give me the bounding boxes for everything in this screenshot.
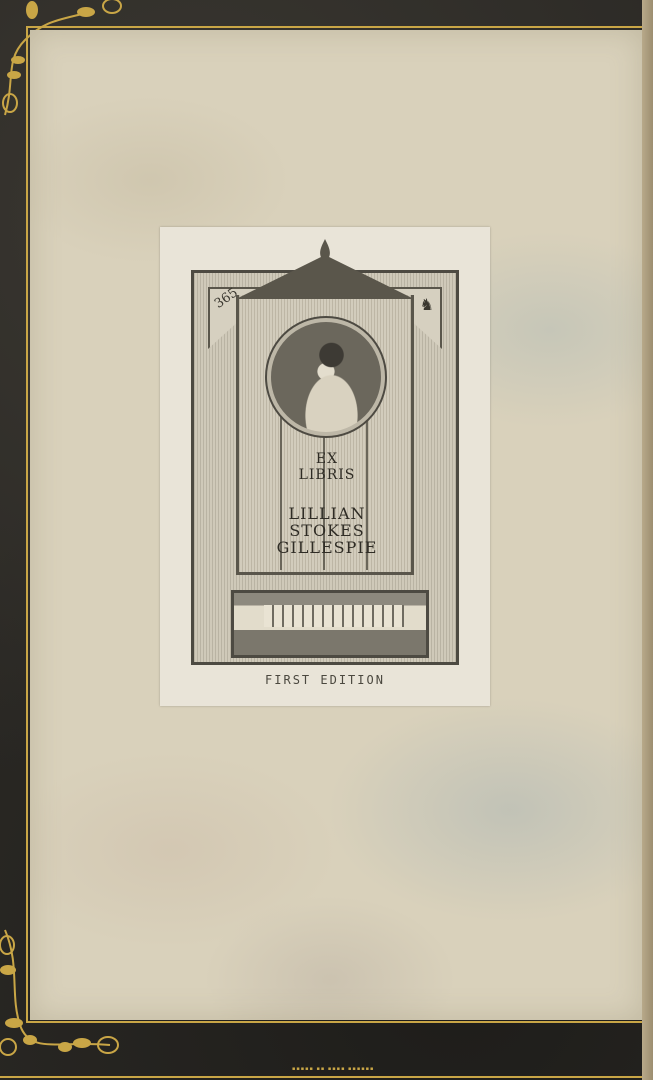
bookplate-text: EX LIBRIS LILLIAN STOKES GILLESPIE [242, 451, 412, 556]
first-edition-caption: FIRST EDITION [160, 673, 490, 687]
ex-libris-heading: EX LIBRIS [242, 451, 412, 483]
bookplate-frame: 365 ♞ EX LIBRIS LILLIAN STOKES GILLESPIE [191, 270, 459, 665]
house-scene-engraving [231, 590, 429, 658]
gilt-rule-bottom-outer [0, 1076, 653, 1078]
owner-name: LILLIAN STOKES GILLESPIE [242, 505, 412, 556]
gilt-rule-left [26, 26, 28, 1022]
binder-stamp: ▪▪▪▪▪ ▪▪ ▪▪▪▪ ▪▪▪▪▪▪ [292, 1066, 374, 1072]
house-illustration [264, 605, 404, 627]
chess-knight-icon: ♞ [420, 295, 434, 314]
bookplate: 365 ♞ EX LIBRIS LILLIAN STOKES GILLESPIE… [160, 227, 490, 706]
portrait-medallion [267, 318, 385, 436]
page-edge [642, 0, 653, 1080]
